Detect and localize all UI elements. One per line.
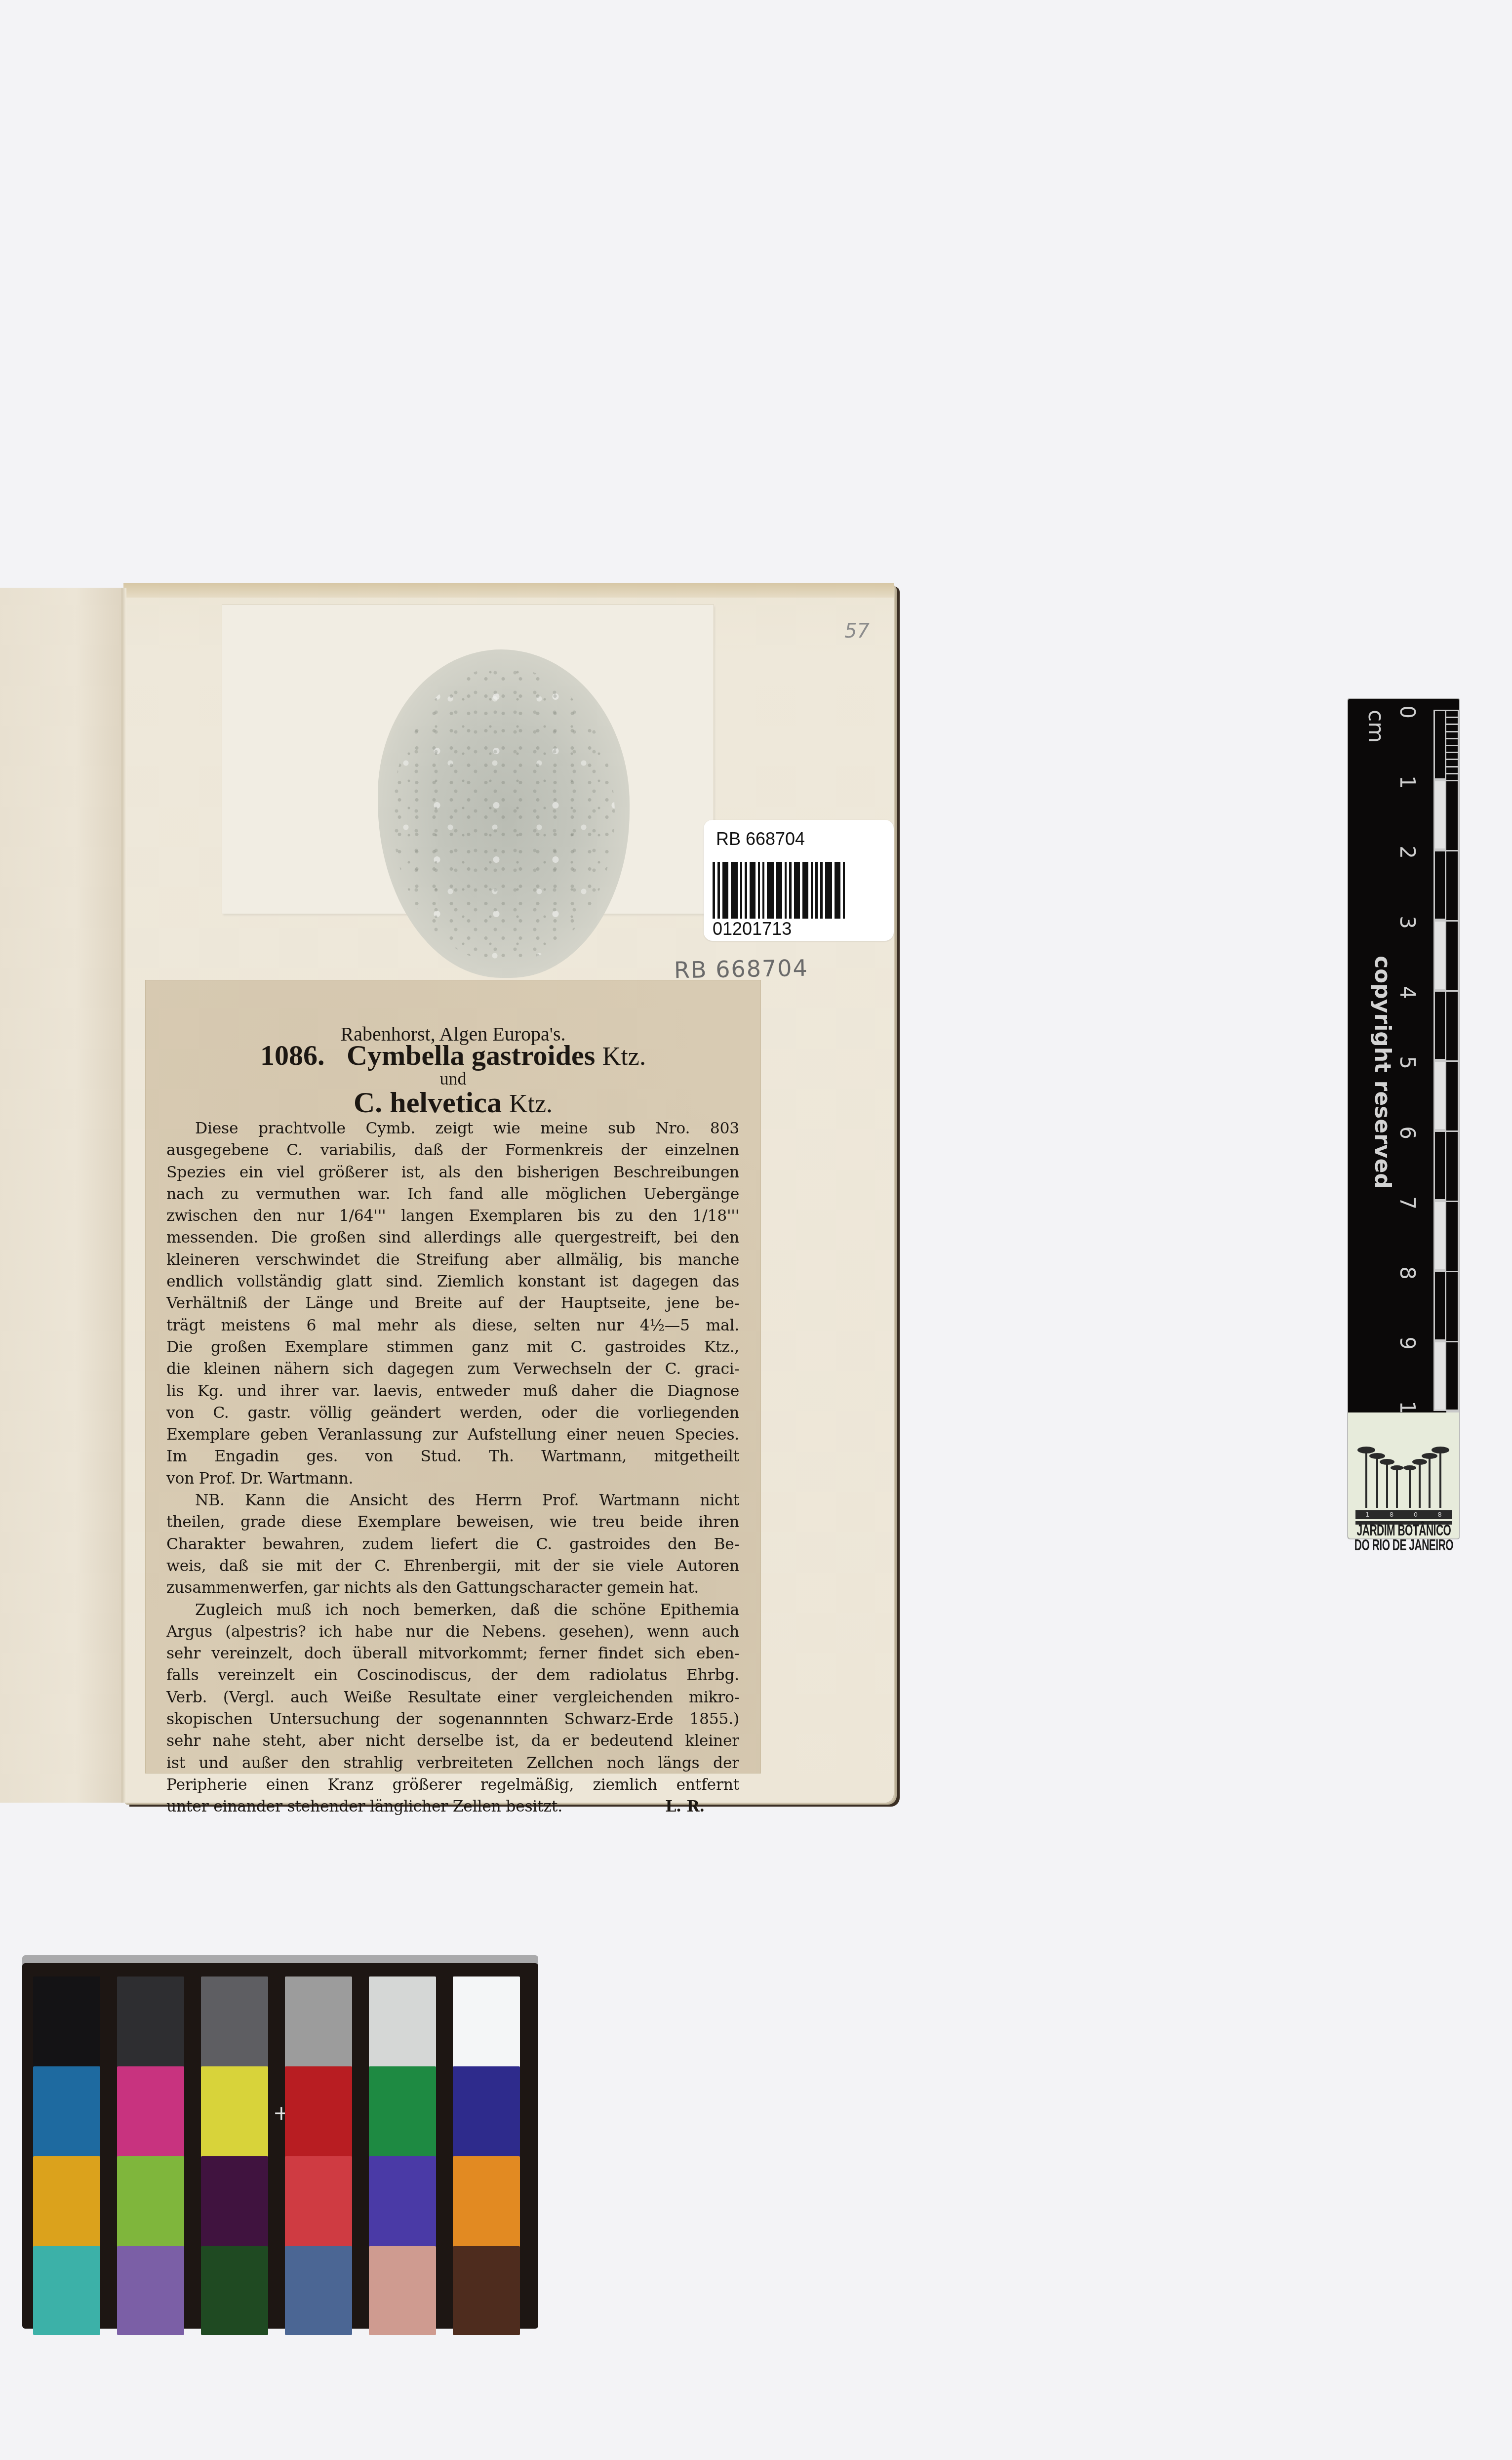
label-text-line: weis, daß sie mit der C. Ehrenbergii, mi… (166, 1555, 739, 1577)
label-text-line: sehr vereinzelt, doch überall mitvorkomm… (166, 1643, 739, 1664)
label-text-line: ist und außer den strahlig verbreiteten … (166, 1752, 739, 1774)
catalog-number: 01201713 (713, 919, 792, 939)
scale-tick-label: 9 (1395, 1331, 1420, 1356)
label-text-line: Im Engadin ges. von Stud. Th. Wartmann, … (166, 1446, 739, 1467)
taxon-author-2: Ktz. (509, 1090, 553, 1118)
color-patch (201, 2156, 268, 2253)
label-signature: L. R. (665, 1796, 705, 1817)
label-text-line: von Prof. Dr. Wartmann. (166, 1468, 739, 1490)
color-patch (285, 1976, 352, 2073)
left-page (0, 588, 126, 1803)
specimen-texture (393, 667, 615, 963)
label-title: 1086. Cymbella gastroides Ktz. (146, 1039, 760, 1072)
institution-name-line2: DO RIO DE JANEIRO (1352, 1537, 1456, 1555)
scale-tick-label: 6 (1395, 1121, 1420, 1145)
scale-tick-label: 3 (1395, 910, 1420, 935)
color-patch (117, 2246, 184, 2335)
label-text-line: Die großen Exemplare stimmen ganz mit C.… (166, 1336, 739, 1358)
exsiccata-number: 1086. (260, 1039, 325, 1071)
color-patch (201, 2246, 268, 2335)
label-text-line: theilen, grade diese Exemplare beweisen,… (166, 1511, 739, 1533)
copyright-notice: copyright reserved (1370, 956, 1395, 1189)
label-text-line: Exemplare geben Veranlassung zur Aufstel… (166, 1424, 739, 1446)
scale-tick-label: 4 (1395, 980, 1420, 1005)
ruler-graduation (1433, 710, 1459, 1411)
label-text-line: Spezies ein viel größerer ist, als den b… (166, 1162, 739, 1183)
color-patch (285, 2246, 352, 2335)
taxon-name-1: Cymbella gastroides (347, 1039, 595, 1071)
scale-tick-label: 8 (1395, 1261, 1420, 1286)
color-patch (285, 2156, 352, 2253)
label-text-line: unter einander stehender länglicher Zell… (166, 1796, 739, 1817)
label-text-line: lis Kg. und ihrer var. laevis, entweder … (166, 1380, 739, 1402)
label-text-line: skopischen Untersuchung der sogenannnten… (166, 1708, 739, 1730)
label-text-line: die kleinen nähern sich dagegen zum Verw… (166, 1358, 739, 1380)
color-patch (285, 2066, 352, 2163)
label-text-line: endlich vollständig glatt sind. Ziemlich… (166, 1271, 739, 1292)
page-top-edge (123, 583, 894, 598)
label-text-line: kleineren verschwindet die Streifung abe… (166, 1249, 739, 1271)
scale-tick-label: 0 (1395, 700, 1420, 725)
label-text-line: von C. gastr. völlig geändert werden, od… (166, 1402, 739, 1424)
scale-tick-label: 5 (1395, 1050, 1420, 1075)
label-text-line: Peripherie einen Kranz größerer regelmäß… (166, 1774, 739, 1796)
color-patch (201, 1976, 268, 2073)
taxon-author-1: Ktz. (602, 1043, 646, 1071)
accession-number: RB 668704 (716, 829, 805, 849)
barcode-label: RB 668704 01201713 (704, 820, 894, 941)
color-calibration-card: + (22, 1963, 538, 2329)
barcode-icon (713, 862, 875, 919)
label-text-line: Verhältniß der Länge und Breite auf der … (166, 1292, 739, 1314)
label-text-line: Diese prachtvolle Cymb. zeigt wie meine … (166, 1118, 739, 1139)
color-patch (453, 2066, 520, 2163)
scale-tick-label: 1 (1395, 770, 1420, 795)
color-patch (201, 2066, 268, 2163)
label-text-line: Charakter bewahren, zudem liefert die C.… (166, 1533, 739, 1555)
color-patch (33, 2066, 100, 2163)
color-patch (369, 2246, 436, 2335)
scale-unit: cm (1363, 710, 1389, 743)
label-text-line: Argus (alpestris? ich habe nur die Neben… (166, 1621, 739, 1643)
color-patch (117, 2066, 184, 2163)
palm-trees-icon (1355, 1442, 1452, 1511)
label-text-line: trägt meistens 6 mal mehr als diese, sel… (166, 1315, 739, 1336)
color-patch (117, 1976, 184, 2073)
label-text-line: NB. Kann die Ansicht des Herrn Prof. War… (166, 1490, 739, 1511)
label-text-line: sehr nahe steht, aber nicht derselbe ist… (166, 1730, 739, 1752)
scale-tick-label: 7 (1395, 1191, 1420, 1215)
color-patch (33, 1976, 100, 2073)
handwritten-accession: RB 668704 (674, 955, 809, 984)
label-text-line: zusammenwerfen, gar nichts als den Gattu… (166, 1577, 739, 1599)
ruler-frame (1433, 710, 1459, 1411)
color-patch (369, 1976, 436, 2073)
label-text-line: Verb. (Vergl. auch Weiße Resultate einer… (166, 1687, 739, 1708)
label-text-line: messenden. Die großen sind allerdings al… (166, 1227, 739, 1249)
color-patch (453, 2246, 520, 2335)
spine-fold (121, 588, 126, 1803)
scale-bar: cm 012345678910 copyright reserved 1 8 0… (1348, 699, 1459, 1538)
printed-label: Rabenhorst, Algen Europa's. 1086. Cymbel… (146, 980, 760, 1773)
color-patch (117, 2156, 184, 2253)
label-text-line: zwischen den nur 1/64''' langen Exemplar… (166, 1205, 739, 1227)
label-text-line: nach zu vermuthen war. Ich fand alle mög… (166, 1183, 739, 1205)
taxon-name-2: C. helvetica (354, 1086, 502, 1119)
scale-tick-label: 2 (1395, 840, 1420, 865)
color-patch (369, 2156, 436, 2253)
label-text-line: Zugleich muß ich noch bemerken, daß die … (166, 1599, 739, 1621)
color-patch (33, 2246, 100, 2335)
institution-logo: 1 8 0 8 JARDIM BOTÂNICO DO RIO DE JANEIR… (1348, 1412, 1459, 1538)
label-body-text: Diese prachtvolle Cymb. zeigt wie meine … (166, 1118, 739, 1818)
color-patch (33, 2156, 100, 2253)
color-patch (453, 2156, 520, 2253)
label-text-line: ausgegebene C. variabilis, daß der Forme… (166, 1139, 739, 1161)
label-text-line: falls vereinzelt ein Coscinodiscus, der … (166, 1664, 739, 1686)
label-title-2: C. helvetica Ktz. (146, 1086, 760, 1120)
color-patch (453, 1976, 520, 2073)
pencil-page-number: 57 (844, 620, 870, 643)
year-band: 1 8 0 8 (1355, 1510, 1452, 1519)
color-patch (369, 2066, 436, 2163)
